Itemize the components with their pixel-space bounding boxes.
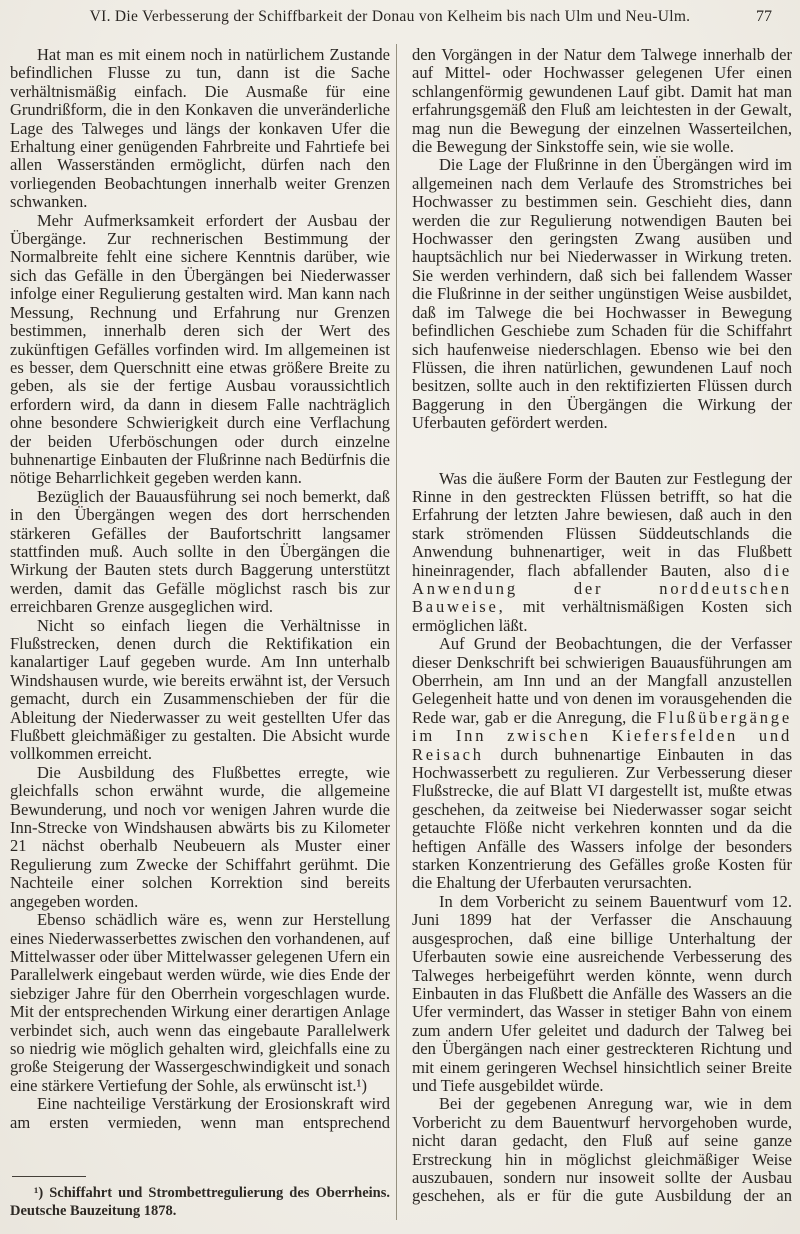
paragraph: Ebenso schädlich wäre es, wenn zur Herst… bbox=[10, 911, 390, 1095]
page-number: 77 bbox=[756, 8, 772, 26]
column-divider bbox=[396, 44, 397, 1220]
paragraph: Was die äußere Form der Bauten zur Festl… bbox=[412, 470, 792, 636]
paragraph: Bei der gegebenen Anregung war, wie in d… bbox=[412, 1095, 792, 1205]
book-page: VI. Die Verbesserung der Schiffbarkeit d… bbox=[0, 0, 800, 1234]
paragraph: Mehr Aufmerksamkeit erfordert der Ausbau… bbox=[10, 212, 390, 488]
text-run: durch buhnenartige Einbauten in das Hoch… bbox=[412, 745, 792, 893]
paragraph: Bezüglich der Bauausführung sei noch bem… bbox=[10, 488, 390, 617]
paragraph: den Vorgängen in der Natur dem Talwege i… bbox=[412, 46, 792, 156]
paragraph: Die Ausbildung des Flußbettes erregte, w… bbox=[10, 764, 390, 911]
text-run: In dem Vorbericht zu seinem Bauentwurf v… bbox=[412, 892, 792, 1095]
paragraph: Eine nachteilige Verstärkung der Erosion… bbox=[10, 1095, 390, 1132]
text-run: Die Lage der Flußrinne in den Übergängen… bbox=[412, 155, 792, 432]
text-run: Ebenso schädlich wäre es, wenn zur Herst… bbox=[10, 910, 390, 1095]
text-run: Eine nachteilige Verstärkung der Erosion… bbox=[10, 1094, 390, 1131]
text-run: Mehr Aufmerksamkeit erfordert der Ausbau… bbox=[10, 211, 390, 488]
page-header: VI. Die Verbesserung der Schiffbarkeit d… bbox=[0, 8, 800, 32]
paragraph: In dem Vorbericht zu seinem Bauentwurf v… bbox=[412, 893, 792, 1095]
text-run: Bei der gegebenen Anregung war, wie in d… bbox=[412, 1094, 792, 1205]
text-run: den Vorgängen in der Natur dem Talwege i… bbox=[412, 46, 792, 156]
text-run: Nicht so einfach liegen die Verhältnisse… bbox=[10, 616, 390, 764]
text-run: Bezüglich der Bauausführung sei noch bem… bbox=[10, 487, 390, 616]
paragraph: Auf Grund der Beobachtungen, die der Ver… bbox=[412, 635, 792, 893]
paragraph: Die Lage der Flußrinne in den Übergängen… bbox=[412, 156, 792, 432]
paragraph: Nicht so einfach liegen die Verhältnisse… bbox=[10, 617, 390, 764]
paragraph: Hat man es mit einem noch in natürlichem… bbox=[10, 46, 390, 212]
left-column: Hat man es mit einem noch in natürlichem… bbox=[10, 46, 390, 1168]
text-run: Die Ausbildung des Flußbettes erregte, w… bbox=[10, 763, 390, 911]
text-run: Hat man es mit einem noch in natürlichem… bbox=[10, 46, 390, 211]
footnote-rule bbox=[12, 1176, 86, 1177]
text-run: Was die äußere Form der Bauten zur Festl… bbox=[412, 469, 792, 580]
right-column: den Vorgängen in der Natur dem Talwege i… bbox=[412, 46, 792, 1226]
running-title: VI. Die Verbesserung der Schiffbarkeit d… bbox=[0, 8, 780, 26]
footnote-text: ¹) Schiffahrt und Strombettregulierung d… bbox=[10, 1184, 390, 1220]
